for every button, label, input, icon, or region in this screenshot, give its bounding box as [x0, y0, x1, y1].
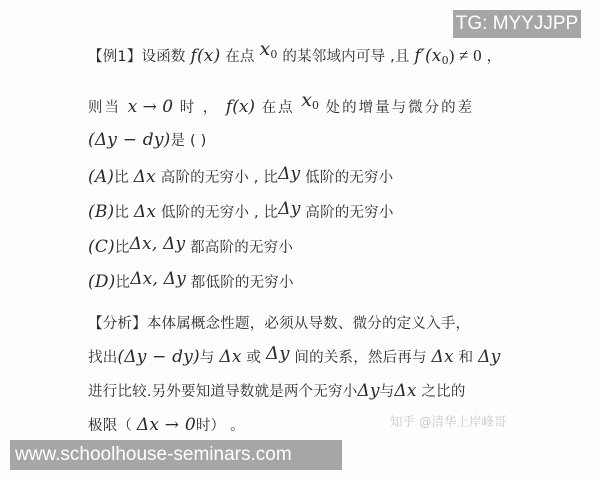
problem-line-2: 则当 x → 0 时 ， f(x) 在点 x0 处的增量与微分的差: [88, 95, 474, 117]
example-label: 【例1】: [88, 49, 142, 65]
formula-difference: (Δy − dy): [88, 130, 170, 150]
formula-limit: x → 0: [128, 97, 173, 117]
option-d: (D)比Δx, Δy 都低阶的无穷小: [88, 271, 294, 292]
formula-fx: f(x): [226, 97, 255, 117]
problem-line-3: (Δy − dy)是 ( ): [88, 129, 207, 150]
formula-x0: x0: [259, 38, 277, 60]
zhihu-watermark: 知乎 @清华上岸峰哥: [390, 412, 506, 430]
option-letter: (A): [88, 167, 114, 187]
option-a: (A)比 Δx 高阶的无穷小 , 比Δy 低阶的无穷小: [88, 166, 393, 187]
analysis-line-1: 【分析】本体属概念性题，必须从导数、微分的定义入手，: [88, 312, 470, 333]
site-watermark-badge: www.schoolhouse-seminars.com: [10, 440, 342, 470]
option-letter: (C): [88, 237, 115, 257]
analysis-line-2: 找出(Δy − dy)与 Δx 或 Δy 间的关系，然后再与 Δx 和 Δy: [88, 346, 500, 367]
formula-fx: f(x): [190, 46, 220, 66]
document-page: 【例1】设函数 f(x) 在点 x0 的某邻域内可导 ,且 f′(x0) ≠ 0…: [0, 0, 600, 480]
option-letter: (D): [88, 272, 116, 292]
analysis-label: 【分析】: [88, 316, 147, 332]
tg-watermark-badge: TG: MYYJJPP: [453, 10, 581, 38]
analysis-line-4: 极限（ Δx → 0时） 。: [88, 414, 245, 435]
option-c: (C)比Δx, Δy 都高阶的无穷小: [88, 236, 293, 257]
option-b: (B)比 Δx 低阶的无穷小 , 比Δy 高阶的无穷小: [88, 201, 394, 222]
problem-line-1: 【例1】设函数 f(x) 在点 x0 的某邻域内可导 ,且 f′(x0) ≠ 0…: [88, 44, 501, 66]
option-letter: (B): [88, 202, 114, 222]
formula-x0: x0: [301, 89, 319, 111]
formula-fprime: f′(x0) ≠ 0: [414, 46, 481, 66]
analysis-line-3: 进行比较.另外要知道导数就是两个无穷小Δy与Δx 之比的: [88, 380, 466, 401]
